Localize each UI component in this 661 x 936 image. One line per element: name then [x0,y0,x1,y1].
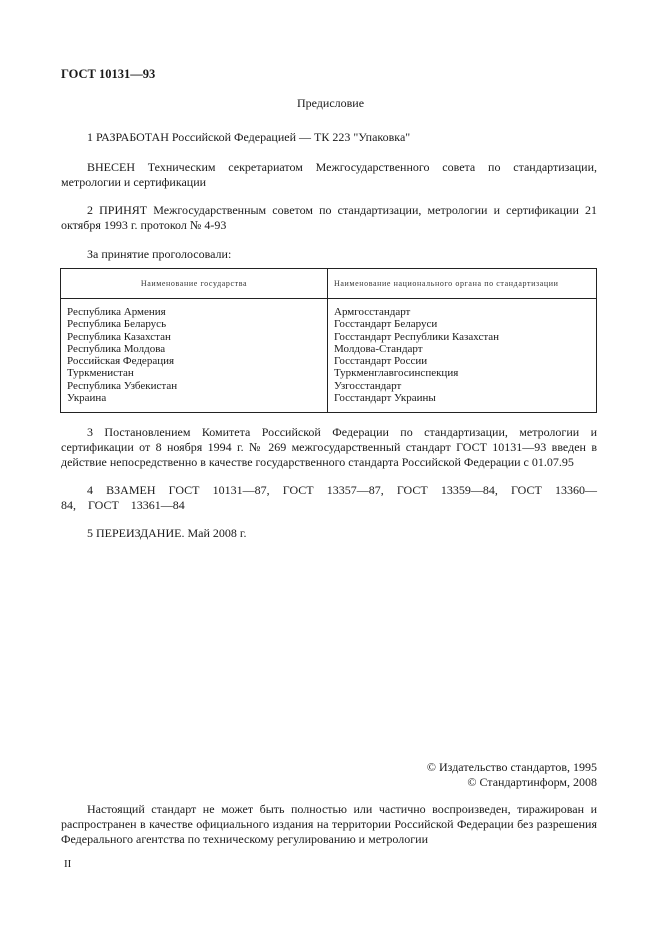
paragraph-enacted: 3 Постановлением Комитета Российской Фед… [61,425,597,470]
header-body: Наименование национального органа по ста… [328,269,597,299]
voting-table: Наименование государства Наименование на… [60,268,597,413]
paragraph-notice: Настоящий стандарт не может быть полност… [61,802,597,847]
paragraph-adopted: 2 ПРИНЯТ Межгосударственным советом по с… [61,203,597,233]
page-number: II [64,858,71,870]
body-cell: Узгосстандарт [334,380,590,392]
table-row: Республика Армения Республика Беларусь Р… [61,299,597,413]
body-cell: Армгосстандарт [334,306,590,318]
copyright-line: © Стандартинформ, 2008 [427,775,597,790]
state-cell: Республика Узбекистан [67,380,321,392]
bodies-column: Армгосстандарт Госстандарт Беларуси Госс… [328,299,597,413]
paragraph-developed: 1 РАЗРАБОТАН Российской Федерацией — ТК … [61,130,597,145]
table-header-row: Наименование государства Наименование на… [61,269,597,299]
header-state: Наименование государства [61,269,328,299]
copyright-line: © Издательство стандартов, 1995 [427,760,597,775]
state-cell: Туркменистан [67,367,321,379]
body-cell: Молдова-Стандарт [334,343,590,355]
body-cell: Туркменглавгосинспекция [334,367,590,379]
state-cell: Республика Армения [67,306,321,318]
document-code: ГОСТ 10131—93 [61,67,155,82]
state-cell: Российская Федерация [67,355,321,367]
body-cell: Госстандарт России [334,355,590,367]
page-title: Предисловие [0,96,661,111]
paragraph-reissue: 5 ПЕРЕИЗДАНИЕ. Май 2008 г. [61,526,597,541]
copyright-block: © Издательство стандартов, 1995 © Станда… [427,760,597,790]
state-cell: Республика Беларусь [67,318,321,330]
body-cell: Госстандарт Украины [334,392,590,404]
paragraph-introduced: ВНЕСЕН Техническим секретариатом Межгосу… [61,160,597,190]
state-cell: Республика Молдова [67,343,321,355]
body-cell: Госстандарт Беларуси [334,318,590,330]
paragraph-replaces: 4 ВЗАМЕН ГОСТ 10131—87, ГОСТ 13357—87, Г… [61,483,597,513]
paragraph-voted: За принятие проголосовали: [61,247,597,262]
state-cell: Республика Казахстан [67,331,321,343]
state-cell: Украина [67,392,321,404]
states-column: Республика Армения Республика Беларусь Р… [61,299,328,413]
body-cell: Госстандарт Республики Казахстан [334,331,590,343]
